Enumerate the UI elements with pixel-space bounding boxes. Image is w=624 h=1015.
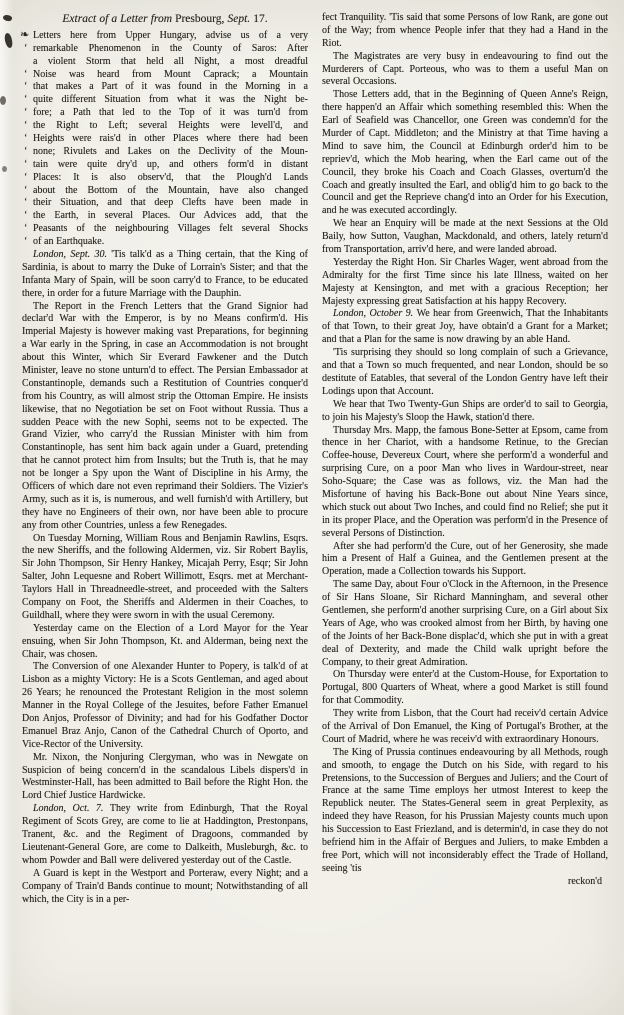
paragraph: London, Sept. 30. 'Tis talk'd as a Thing… [22,249,308,301]
quote-mark-icon: ‘ [24,185,27,198]
quoted-line-text: Noise was heard from Mount Caprack; a Mo… [33,69,308,80]
heading-segment: 17. [253,13,267,25]
quote-mark-icon: ‘ [24,43,27,56]
paragraph: Mr. Nixon, the Nonjuring Clergyman, who … [22,752,308,804]
paragraph: The King of Prussia continues endeavouri… [322,747,608,876]
right-column-body: fect Tranquility. 'Tis said that some Pe… [322,12,608,889]
quoted-line-text: none; Rivulets and Lakes on the Declivit… [33,146,308,157]
quoted-line: ‘that makes a Part of it was found in th… [33,81,308,94]
quoted-line: a violent Storm that held all Night, a m… [33,56,308,69]
quoted-line: ‘the Earth, in several Places. Our Advic… [33,210,308,223]
paragraph: The Conversion of one Alexander Hunter t… [22,661,308,751]
quote-mark-icon: ‘ [24,120,27,133]
page-edge [0,0,13,1015]
dateline: London, Oct. 7. [33,803,110,814]
quoted-line-text: Peasants of the neighbouring Villages fe… [33,223,308,234]
quoted-line: ‘of an Earthquake. [33,236,308,249]
quote-mark-icon: ‘ [24,172,27,185]
quote-mark-icon: ‘ [24,197,27,210]
paragraph: London, October 9. We hear from Greenwic… [322,308,608,347]
quoted-line: ‘their Situation, and that deep Clefts h… [33,197,308,210]
quoted-line: ❧Letters here from Upper Hungary, advise… [33,30,308,43]
paragraph: London, Oct. 7. They write from Edinburg… [22,803,308,867]
quote-mark-icon: ‘ [24,236,27,249]
paragraph: Yesterday came on the Election of a Lord… [22,623,308,662]
left-column: Extract of a Letter from Presbourg, Sept… [22,12,308,906]
article-heading: Extract of a Letter from Presbourg, Sept… [22,12,308,27]
paragraph: On Tuesday Morning, William Rous and Ben… [22,533,308,623]
catchword: reckon'd [322,876,608,889]
quoted-line-text: their Situation, and that deep Clefts ha… [33,197,308,208]
paragraph: A Guard is kept in the Westport and Port… [22,868,308,907]
heading-segment: Presbourg, [175,13,227,25]
quoted-line: ‘Heights were rais'd in other Places whe… [33,133,308,146]
paragraph: Thursday Mrs. Mapp, the famous Bone-Sett… [322,425,608,541]
quote-mark-icon: ‘ [24,107,27,120]
quoted-line: ‘Noise was heard from Mount Caprack; a M… [33,69,308,82]
quoted-line: ‘about the Bottom of the Mountain, have … [33,185,308,198]
quoted-line-text: of an Earthquake. [33,236,104,247]
dateline: London, Sept. 30. [33,249,111,260]
paragraph: They write from Lisbon, that the Court h… [322,708,608,747]
quote-mark-icon: ‘ [24,223,27,236]
paragraph: We hear that Two Twenty-Gun Ships are or… [322,399,608,425]
paragraph: The same Day, about Four o'Clock in the … [322,579,608,669]
ink-smudge [2,166,7,172]
quoted-line-text: quite different Situation from what it w… [33,94,308,105]
quote-mark-icon: ‘ [24,159,27,172]
paragraph: The Report in the French Letters that th… [22,301,308,533]
quoted-line: ‘Peasants of the neighbouring Villages f… [33,223,308,236]
quoted-line-text: Letters here from Upper Hungary, advise … [33,30,308,41]
paragraph: 'Tis surprising they should so long comp… [322,347,608,399]
quoted-line-text: that makes a Part of it was found in the… [33,81,308,92]
paragraph: The Magistrates are very busy in endeavo… [322,51,608,90]
quote-mark-icon: ‘ [24,69,27,82]
printer-ornament-icon: ❧ [20,28,29,42]
paragraph: fect Tranquility. 'Tis said that some Pe… [322,12,608,51]
quoted-line-text: the Right to Left; several Heights were … [33,120,308,131]
ink-smudge [0,96,6,105]
quoted-passage: ❧Letters here from Upper Hungary, advise… [22,30,308,249]
quoted-line-text: fore; a Path that led to the Top of it w… [33,107,308,118]
quoted-line-text: Heights were rais'd in other Places wher… [33,133,308,144]
quoted-line: ‘none; Rivulets and Lakes on the Declivi… [33,146,308,159]
quoted-line-text: tain were quite dry'd up, and others for… [33,159,308,170]
paragraph: Yesterday the Right Hon. Sir Charles Wag… [322,257,608,309]
quote-mark-icon: ‘ [24,146,27,159]
two-column-layout: Extract of a Letter from Presbourg, Sept… [22,12,608,906]
paragraph: On Thursday were enter'd at the Custom-H… [322,669,608,708]
heading-segment: Sept. [227,13,253,25]
quote-mark-icon: ‘ [24,133,27,146]
quoted-line-text: about the Bottom of the Mountain, have a… [33,185,308,196]
quoted-line: ‘the Right to Left; several Heights were… [33,120,308,133]
paragraph: We hear an Enquiry will be made at the n… [322,218,608,257]
quoted-line: ‘Places: It is also observ'd, that the P… [33,172,308,185]
dateline: London, October 9. [333,308,417,319]
quote-mark-icon: ‘ [24,210,27,223]
quoted-line-text: remarkable Phenomenon in the County of S… [33,43,308,54]
left-column-body: ❧Letters here from Upper Hungary, advise… [22,30,308,907]
quoted-line-text: a violent Storm that held all Night, a m… [33,56,308,67]
quoted-line: ‘fore; a Path that led to the Top of it … [33,107,308,120]
quoted-line-text: the Earth, in several Places. Our Advice… [33,210,308,221]
right-column: fect Tranquility. 'Tis said that some Pe… [322,12,608,906]
quoted-line-text: Places: It is also observ'd, that the Pl… [33,172,308,183]
newspaper-page: Extract of a Letter from Presbourg, Sept… [0,0,624,1015]
quote-mark-icon: ‘ [24,94,27,107]
paragraph: After she had perform'd the Cure, out of… [322,541,608,580]
quoted-line: ‘quite different Situation from what it … [33,94,308,107]
quote-mark-icon: ‘ [24,81,27,94]
quoted-line: ‘tain were quite dry'd up, and others fo… [33,159,308,172]
paragraph: Those Letters add, that in the Beginning… [322,89,608,218]
quoted-line: ‘remarkable Phenomenon in the County of … [33,43,308,56]
heading-segment: Extract of a Letter from [62,13,175,25]
